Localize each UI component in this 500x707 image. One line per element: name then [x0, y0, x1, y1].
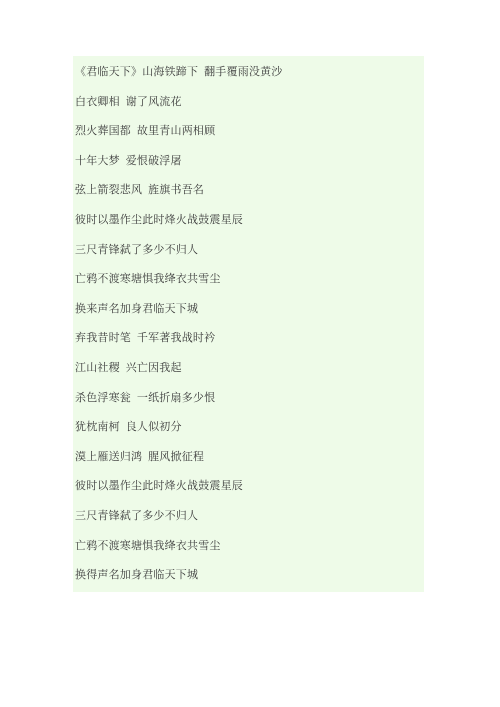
lyric-line: 亡鸦不渡寒塘惧我绛衣共雪尘 — [75, 265, 420, 295]
lyric-line: 十年大梦 爱恨破浮屠 — [75, 147, 420, 177]
lyric-line: 江山社稷 兴亡因我起 — [75, 354, 420, 384]
lyric-line: 彼时以墨作尘此时烽火战鼓震星辰 — [75, 472, 420, 502]
lyric-line: 《君临天下》山海铁蹄下 翻手覆雨没黄沙 — [75, 58, 420, 88]
lyric-line: 烈火葬国都 故里青山两相顾 — [75, 117, 420, 147]
lyric-line: 弦上箭裂悲风 旌旗书吾名 — [75, 176, 420, 206]
lyric-line: 弃我昔时笔 千军著我战时衿 — [75, 324, 420, 354]
lyric-line: 三尺青锋弑了多少不归人 — [75, 502, 420, 532]
lyric-line: 犹枕南柯 良人似初分 — [75, 413, 420, 443]
lyrics-highlight-block: 《君临天下》山海铁蹄下 翻手覆雨没黄沙白衣卿相 谢了风流花烈火葬国都 故里青山两… — [73, 56, 424, 592]
lyric-line: 彼时以墨作尘此时烽火战鼓震星辰 — [75, 206, 420, 236]
lyric-line: 三尺青锋弑了多少不归人 — [75, 236, 420, 266]
document-page: 《君临天下》山海铁蹄下 翻手覆雨没黄沙白衣卿相 谢了风流花烈火葬国都 故里青山两… — [0, 0, 500, 707]
lyric-line: 漠上雁送归鸿 腥风掀征程 — [75, 443, 420, 473]
lyric-line: 亡鸦不渡寒塘惧我绛衣共雪尘 — [75, 532, 420, 562]
lyric-line: 换来声名加身君临天下城 — [75, 295, 420, 325]
lyric-line: 换得声名加身君临天下城 — [75, 561, 420, 591]
lyric-line: 白衣卿相 谢了风流花 — [75, 88, 420, 118]
lyric-line: 杀色浮寒瓮 一纸折扇多少恨 — [75, 384, 420, 414]
